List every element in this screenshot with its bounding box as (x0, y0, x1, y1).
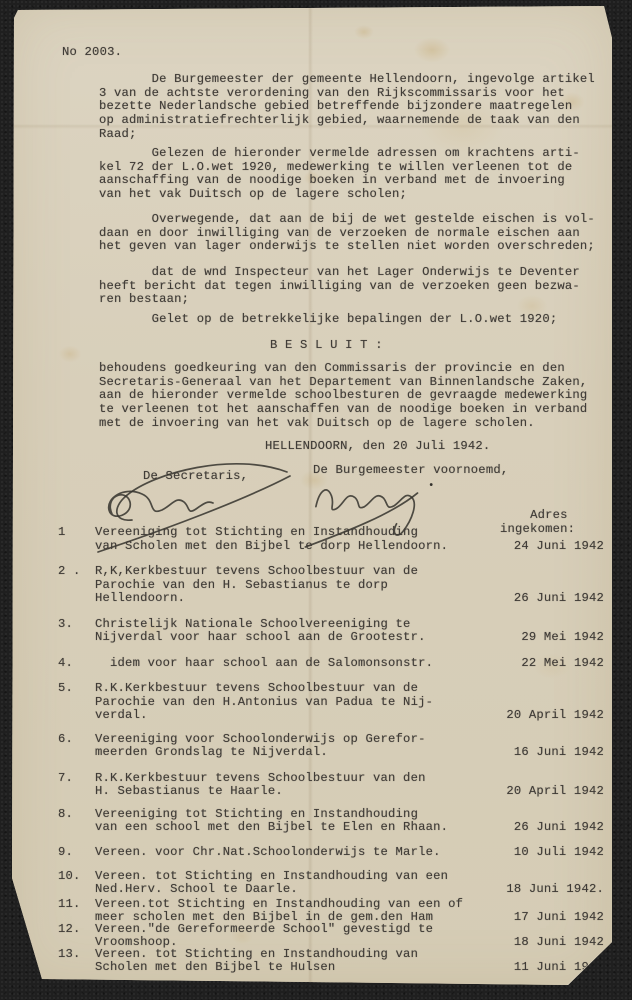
row-number: 4. (58, 657, 95, 671)
paragraph-gelet: Gelet op de betrekkelijke bepalingen der… (99, 313, 617, 327)
row-date: 17 Juni 1942 (486, 911, 604, 924)
table-row: 3. Christelijk Nationale Schoolvereenigi… (58, 618, 604, 645)
burgemeester-title: De Burgemeester voornoemd, (313, 464, 508, 478)
row-date: 20 April 1942 (486, 709, 604, 723)
row-text: Vereen. voor Chr.Nat.Schoolonderwijs te … (95, 846, 486, 860)
paragraph-overwegende: Overwegende, dat aan de bij de wet geste… (99, 213, 617, 254)
table-row: 10. Vereen. tot Stichting en Instandhoud… (58, 870, 604, 895)
applications-table: 1 Vereeniging tot Stichting en Instandho… (58, 526, 604, 973)
paragraph-preamble: De Burgemeester der gemeente Hellendoorn… (99, 73, 617, 142)
table-row: 2 . R,K,Kerkbestuur tevens Schoolbestuur… (58, 565, 604, 606)
row-number: 3. (58, 618, 95, 632)
besluit-heading: B E S L U I T : (270, 339, 383, 353)
table-row: 1 Vereeniging tot Stichting en Instandho… (58, 526, 604, 553)
row-date: 16 Juni 1942 (486, 746, 604, 760)
row-text: R.K.Kerkbestuur tevens Schoolbestuur van… (95, 682, 486, 723)
scan-background: No 2003. De Burgemeester der gemeente He… (0, 0, 632, 1000)
paragraph-decision: behoudens goedkeuring van den Commissari… (99, 362, 617, 431)
table-row: 9. Vereen. voor Chr.Nat.Schoolonderwijs … (58, 846, 604, 860)
table-row: 4. idem voor haar school aan de Salomons… (58, 657, 604, 671)
row-number: 1 (58, 526, 95, 540)
document-number: No 2003. (62, 46, 122, 60)
secretary-title: De Secretaris, (143, 470, 248, 484)
row-text: Vereen. tot Stichting en Instandhouding … (95, 870, 486, 895)
row-date: 26 Juni 1942 (486, 821, 604, 835)
paper: No 2003. De Burgemeester der gemeente He… (12, 6, 612, 988)
row-date: 22 Mei 1942 (486, 657, 604, 671)
row-text: Christelijk Nationale Schoolvereeniging … (95, 618, 486, 645)
row-date: 18 Juni 1942 (486, 936, 604, 949)
table-row: 12. Vereen."de Gereformeerde School" gev… (58, 923, 604, 948)
row-text: Vereeniging tot Stichting en Instandhoud… (95, 808, 486, 835)
row-date: 26 Juni 1942 (486, 592, 604, 606)
row-number: 12. (58, 923, 95, 936)
row-number: 2 . (58, 565, 95, 579)
table-row: 6. Vereeniging voor Schoolonderwijs op G… (58, 733, 604, 760)
row-text: Vereen."de Gereformeerde School" gevesti… (95, 923, 486, 948)
row-date: 10 Juli 1942 (486, 846, 604, 860)
table-row: 8. Vereeniging tot Stichting en Instandh… (58, 808, 604, 835)
row-number: 7. (58, 772, 95, 786)
row-date: 20 April 1942 (486, 785, 604, 799)
paragraph-gelezen: Gelezen de hieronder vermelde adressen o… (99, 147, 617, 202)
row-date: 29 Mei 1942 (486, 631, 604, 645)
row-date: 24 Juni 1942 (486, 540, 604, 554)
row-text: idem voor haar school aan de Salomonsons… (95, 657, 486, 671)
table-row: 7. R.K.Kerkbestuur tevens Schoolbestuur … (58, 772, 604, 799)
row-date: 18 Juni 1942. (486, 883, 604, 896)
table-row: 11. Vereen.tot Stichting en Instandhoudi… (58, 898, 604, 923)
place-date-line: HELLENDOORN, den 20 Juli 1942. (265, 440, 490, 454)
row-number: 6. (58, 733, 95, 747)
row-text: Vereen. tot Stichting en Instandhouding … (95, 948, 486, 973)
paragraph-inspecteur: dat de wnd Inspecteur van het Lager Onde… (99, 266, 617, 307)
row-text: Vereeniging tot Stichting en Instandhoud… (95, 526, 486, 553)
table-row: 5. R.K.Kerkbestuur tevens Schoolbestuur … (58, 682, 604, 723)
row-number: 5. (58, 682, 95, 696)
row-text: Vereeniging voor Schoolonderwijs op Gere… (95, 733, 486, 760)
row-number: 8. (58, 808, 95, 822)
row-number: 9. (58, 846, 95, 860)
row-number: 13. (58, 948, 95, 961)
row-text: R.K.Kerkbestuur tevens Schoolbestuur van… (95, 772, 486, 799)
row-number: 10. (58, 870, 95, 883)
table-row: 13. Vereen. tot Stichting en Instandhoud… (58, 948, 604, 973)
row-text: Vereen.tot Stichting en Instandhouding v… (95, 898, 486, 923)
row-text: R,K,Kerkbestuur tevens Schoolbestuur van… (95, 565, 486, 606)
row-number: 11. (58, 898, 95, 911)
